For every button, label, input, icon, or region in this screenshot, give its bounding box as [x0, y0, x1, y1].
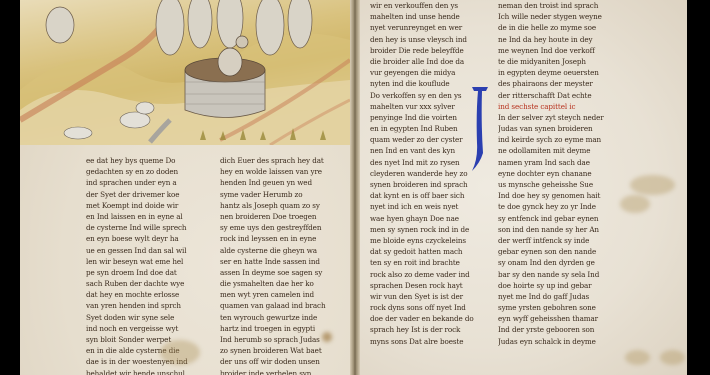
text-line: rock dyns sons off nyet Ind — [370, 302, 480, 313]
text-line: gedachten sy en zo doden — [86, 166, 194, 177]
text-line: neman den troist ind sprach — [498, 0, 613, 11]
text-line: Judas eyn schalck in deyme — [498, 336, 613, 347]
text-line: van yren henden ind sprch — [86, 300, 194, 311]
text-line: des nyet Ind mit zo rysen — [370, 157, 480, 168]
text-line: penyinge Ind die voirten — [370, 112, 480, 123]
text-line: sy entfenck ind gebar eynen — [498, 213, 613, 224]
text-line: en Ind laissen en in eyne al — [86, 211, 194, 222]
text-line: quam weder zo der cyster — [370, 134, 480, 145]
text-line: die ysmahelten dae her ko — [220, 278, 332, 289]
right-page-column-1: wir en verkouffen den ys mahelten ind un… — [370, 0, 480, 347]
text-line: syme vader Herumb zo — [220, 189, 332, 200]
text-line: en in egypten Ind Ruben — [370, 123, 480, 134]
text-line: vur geyengen die midya — [370, 67, 480, 78]
text-line: des phairaons der meyster — [498, 78, 613, 89]
text-line: gebar eynen son den nande — [498, 246, 613, 257]
text-line: men wyt yren camelen ind — [220, 289, 332, 300]
text-line: eyn wyff geheisshen thamar — [498, 313, 613, 324]
text-line: assen In deyme soe sagen sy — [220, 267, 332, 278]
text-line: myns sons Dat alre boeste — [370, 336, 480, 347]
right-page: wir en verkouffen den ys mahelten ind un… — [355, 0, 687, 375]
text-line: wir vun den Syet is ist der — [370, 291, 480, 302]
text-line: ind noch en vergeisse wyt — [86, 323, 194, 334]
text-line: son ind den nande sy her An — [498, 224, 613, 235]
text-line: synen broideren ind sprach — [370, 179, 480, 190]
text-line: Do verkoffen sy en den ys — [370, 90, 480, 101]
text-line: us mynsche geheisshe Sue — [498, 179, 613, 190]
text-line: quamen van galaad ind brach — [220, 300, 332, 311]
left-page: ee dat hey bys queme Do gedachten sy en … — [20, 0, 355, 375]
text-line: cleyderen wanderde hey zo — [370, 168, 480, 179]
text-line: ind sprachen under eyn a — [86, 177, 194, 188]
text-line: den hey is unse vleysch ind — [370, 34, 480, 45]
text-line: der Syet der drivemer koe — [86, 189, 194, 200]
water-stain — [160, 340, 200, 365]
text-line: Ich wille neder stygen weyne — [498, 11, 613, 22]
text-line: henden Ind geuen yn wed — [220, 177, 332, 188]
text-line: me bloide eyns czyckeleins — [370, 235, 480, 246]
text-line: mahelten ind unse hende — [370, 11, 480, 22]
text-line: doe hoirte sy up ind gebar — [498, 280, 613, 291]
text-line: broider Die rede beleyffde — [370, 45, 480, 56]
text-line: alde cysterne die gheyn wa — [220, 245, 332, 256]
text-line: hantz als Joseph quam zo sy — [220, 200, 332, 211]
book-gutter — [350, 0, 360, 375]
chapter-heading: ind sechste capittel ic — [498, 101, 613, 112]
text-line: dat kynt en is off baer sich — [370, 190, 480, 201]
text-line: nyet verunreynget en wer — [370, 22, 480, 33]
text-line: broider inde verhelen syn — [220, 368, 332, 375]
text-line: ten sy en roit ind brachte — [370, 257, 480, 268]
text-line: dich Euer des sprach hey dat — [220, 155, 332, 166]
text-line: Ind der yrste gebooren son — [498, 324, 613, 335]
manuscript-spread: ee dat hey bys queme Do gedachten sy en … — [20, 0, 687, 375]
text-line: in egypten deyme oeuersten — [498, 67, 613, 78]
text-line: te die midyaniten Joseph — [498, 56, 613, 67]
text-line: der werff intfenck sy inde — [498, 235, 613, 246]
text-line: die broider alle Ind doe da — [370, 56, 480, 67]
text-line: nen broideren Doe troegen — [220, 211, 332, 222]
text-line: syme yrsten gebohren sone — [498, 302, 613, 313]
text-line: ee dat hey bys queme Do — [86, 155, 194, 166]
text-line: eyne dochter eyn chanane — [498, 168, 613, 179]
text-line: sach Ruben der dachte wye — [86, 278, 194, 289]
text-line: nyet ind ich en weis nyet — [370, 201, 480, 212]
water-stain — [620, 195, 650, 213]
text-line: wae hyen ghayn Doe nae — [370, 213, 480, 224]
text-line: ten wyrouch gewurtze inde — [220, 312, 332, 323]
text-line: len wir beseyn wat eme hel — [86, 256, 194, 267]
text-line: me weynen Ind doe verkoff — [498, 45, 613, 56]
text-line: ser en hatte Inde sassen ind — [220, 256, 332, 267]
text-line: rock ind leyssen en in eyne — [220, 233, 332, 244]
ink-spot — [322, 332, 332, 342]
text-line: doe der vader en bekande do — [370, 313, 480, 324]
text-line: sprach hey Ist is der rock — [370, 324, 480, 335]
text-line: sprachen Desen rock hayt — [370, 280, 480, 291]
right-page-column-2: neman den troist ind sprach Ich wille ne… — [498, 0, 613, 347]
miniature-joseph-in-well — [20, 0, 350, 145]
water-stain — [625, 350, 650, 365]
text-line: wir en verkouffen den ys — [370, 0, 480, 11]
text-line: sy onam Ind den dyrden ge — [498, 257, 613, 268]
text-line: ne odollamiten mit deyme — [498, 145, 613, 156]
text-line: sy eme uys den gestreyffden — [220, 222, 332, 233]
text-line: rock also zo deme vader ind — [370, 269, 480, 280]
decorated-initial-j — [470, 83, 490, 173]
illustration-drawing — [20, 0, 350, 145]
text-line: pe syn droem Ind doe dat — [86, 267, 194, 278]
text-line: In der selver zyt steych neder — [498, 112, 613, 123]
text-line: der ritterschafft Dat echte — [498, 90, 613, 101]
text-line: dat hey en mochte erlosse — [86, 289, 194, 300]
text-line: ne Ind da hey houte in dey — [498, 34, 613, 45]
text-line: te doe gynck hey zo yr Inde — [498, 201, 613, 212]
text-line: de in die helle zo myme soe — [498, 22, 613, 33]
text-line: zo synen broideren Wat baet — [220, 345, 332, 356]
text-line: Ind herumb so sprach Judas — [220, 334, 332, 345]
text-line: ue en gessen Ind dan sal wil — [86, 245, 194, 256]
text-line: namen yram Ind sach dae — [498, 157, 613, 168]
text-line: en eyn boese wylt deyr ha — [86, 233, 194, 244]
text-line: nyet me Ind do gaff Judas — [498, 291, 613, 302]
text-line: Judas van synen broideren — [498, 123, 613, 134]
text-line: der uns off wir doden unsen — [220, 356, 332, 367]
text-line: behaldet wir hende unschul — [86, 368, 194, 375]
text-line: dat sy gedoit hatten mach — [370, 246, 480, 257]
text-line: ind keirde sych zo eyme man — [498, 134, 613, 145]
left-page-column-2: dich Euer des sprach hey dat hey en wold… — [220, 155, 332, 375]
text-line: hartz ind troegen in egypti — [220, 323, 332, 334]
text-line: hey en wolde laissen van yre — [220, 166, 332, 177]
text-line: Ind doe hey sy genomen hait — [498, 190, 613, 201]
text-line: met Koempt ind doide wir — [86, 200, 194, 211]
water-stain — [660, 350, 685, 365]
text-line: nen Ind en vant des kyn — [370, 145, 480, 156]
text-line: nyten ind die kouflude — [370, 78, 480, 89]
text-line: men sy synen rock ind in de — [370, 224, 480, 235]
water-stain — [630, 175, 675, 195]
text-line: mahelten vur xxx sylver — [370, 101, 480, 112]
text-line: de cysterne Ind wille sprech — [86, 222, 194, 233]
text-line: bar sy den nande sy sela Ind — [498, 269, 613, 280]
text-line: Syet doden wir syne sele — [86, 312, 194, 323]
